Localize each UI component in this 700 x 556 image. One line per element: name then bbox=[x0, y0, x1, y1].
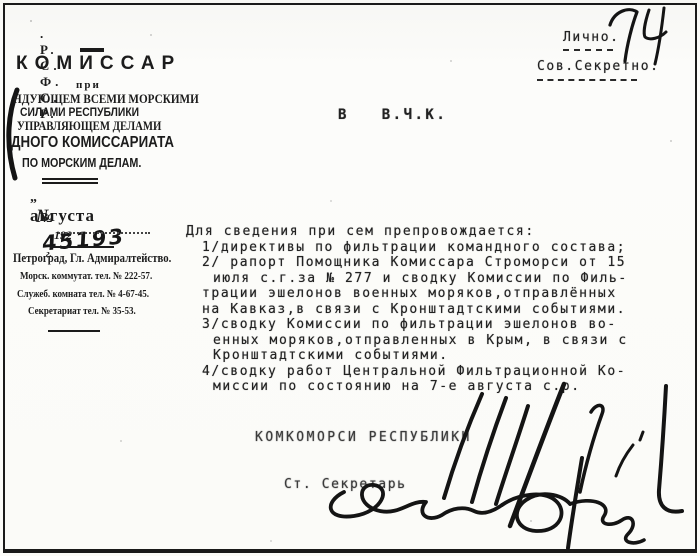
number-underline bbox=[58, 232, 150, 234]
stamp-preposition: при bbox=[76, 79, 101, 91]
body-line: Кронштадтскими событиями. bbox=[186, 348, 676, 364]
stamp-line-forces: СИЛАМИ РЕСПУБЛИКИ bbox=[20, 105, 139, 119]
body-line: трации эшелонов военных моряков,отправлё… bbox=[186, 286, 676, 302]
body-line: 2/ рапорт Помощника Комиссара Строморси … bbox=[186, 255, 676, 271]
body-line: июля с.г.за № 277 и сводку Комиссии по Ф… bbox=[186, 271, 676, 287]
divider-bar bbox=[42, 182, 98, 184]
dashed-underline bbox=[537, 79, 637, 81]
stamp-line-commissariat: ДНОГО КОМИССАРИАТА bbox=[11, 134, 174, 152]
body-line: енных моряков,отправленных в Крым, в свя… bbox=[186, 333, 676, 349]
divider-bar bbox=[50, 246, 114, 248]
body-text: Для сведения при сем препровождается: 1/… bbox=[186, 224, 676, 395]
number-sign: № bbox=[36, 206, 53, 227]
stamp-address: Петроград, Гл. Адмиралтейство. bbox=[13, 251, 171, 266]
stamp-line-managing: УПРАВЛЯЮЩЕМ ДЕЛАМИ bbox=[17, 119, 161, 134]
body-line: 3/сводку Комиссии по фильтрации эшелонов… bbox=[186, 317, 676, 333]
divider-bar bbox=[42, 178, 98, 180]
scan-noise bbox=[30, 20, 32, 22]
secretary-signature bbox=[316, 456, 658, 554]
body-line: Для сведения при сем препровождается: bbox=[186, 224, 676, 240]
recipient-line: В В.Ч.К. bbox=[338, 107, 447, 123]
stamp-title: КОМИССАР bbox=[16, 53, 181, 75]
body-line: 1/директивы по фильтрации командного сос… bbox=[186, 240, 676, 256]
scanned-document-page: . Р. С. Ф. С. Р. КОМИССАР при НДУЮЩЕМ ВС… bbox=[0, 0, 700, 556]
stamp-phone-1: Морск. коммутат. тел. № 222-57. bbox=[20, 271, 152, 282]
stamp-line-naval: ПО МОРСКИМ ДЕЛАМ. bbox=[22, 156, 141, 170]
date-quote: „ bbox=[30, 190, 37, 205]
stamp-phone-3: Секретариат тел. № 35-53. bbox=[28, 306, 136, 317]
body-line: 4/сводку работ Центральной Фильтрационно… bbox=[186, 364, 676, 380]
stamp-phone-2: Служеб. комната тел. № 4-67-45. bbox=[17, 289, 149, 300]
handwritten-page-number bbox=[602, 3, 674, 65]
body-line: на Кавказ,в связи с Кронштадтскими событ… bbox=[186, 302, 676, 318]
divider-bar bbox=[80, 48, 104, 52]
divider-bar bbox=[48, 330, 100, 332]
